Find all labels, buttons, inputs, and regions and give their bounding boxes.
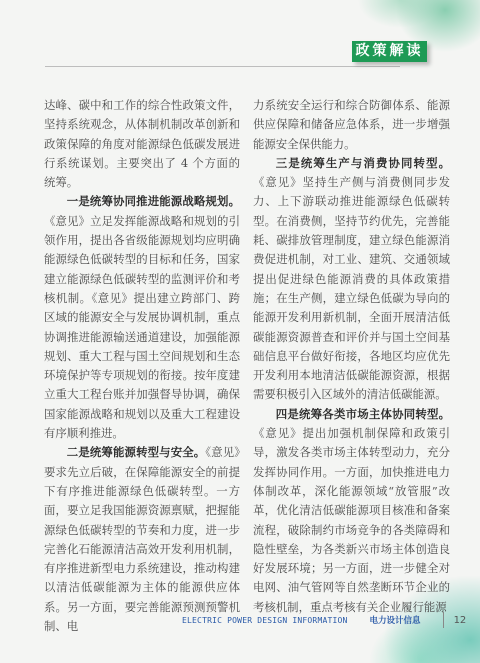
paragraph-heading: 二是统筹能源转型与安全。	[67, 445, 206, 459]
paragraph: 四是统筹各类市场主体协同转型。《意见》提出加强机制保障和政策引导，激发各类市场主…	[253, 405, 450, 617]
journal-name-en: ELECTRIC POWER DESIGN INFORMATION	[182, 616, 348, 625]
page-footer: ELECTRIC POWER DESIGN INFORMATION 电力设计信息…	[182, 612, 466, 628]
page-number: 12	[454, 615, 467, 626]
paragraph: 二是统筹能源转型与安全。《意见》要求先立后破，在保障能源安全的前提下有序推进能源…	[44, 443, 240, 636]
paragraph-heading: 四是统筹各类市场主体协同转型。	[276, 407, 450, 421]
paragraph: 一是统筹协同推进能源战略规划。《意见》立足发挥能源战略和规划的引领作用，提出各省…	[44, 192, 240, 443]
paragraph: 达峰、碳中和工作的综合性政策文件，坚持系统观念，从体制机制改革创新和政策保障的角…	[44, 96, 240, 192]
paragraph-heading: 一是统筹协同推进能源战略规划。	[67, 194, 240, 208]
paragraph: 三是统筹生产与消费协同转型。《意见》坚持生产侧与消费侧同步发力、上下游联动推进能…	[253, 154, 450, 405]
footer-divider	[443, 612, 444, 628]
section-tag: 政策解读	[352, 41, 427, 62]
right-column: 力系统安全运行和综合防御体系、能源供应保障和储备应急体系，进一步增强能源安全保供…	[253, 96, 450, 617]
header-rule	[45, 66, 400, 67]
paragraph: 力系统安全运行和综合防御体系、能源供应保障和储备应急体系，进一步增强能源安全保供…	[253, 96, 450, 154]
journal-name-cn: 电力设计信息	[370, 614, 421, 626]
left-column: 达峰、碳中和工作的综合性政策文件，坚持系统观念，从体制机制改革创新和政策保障的角…	[44, 96, 240, 636]
paragraph-heading: 三是统筹生产与消费协同转型。	[276, 156, 450, 170]
